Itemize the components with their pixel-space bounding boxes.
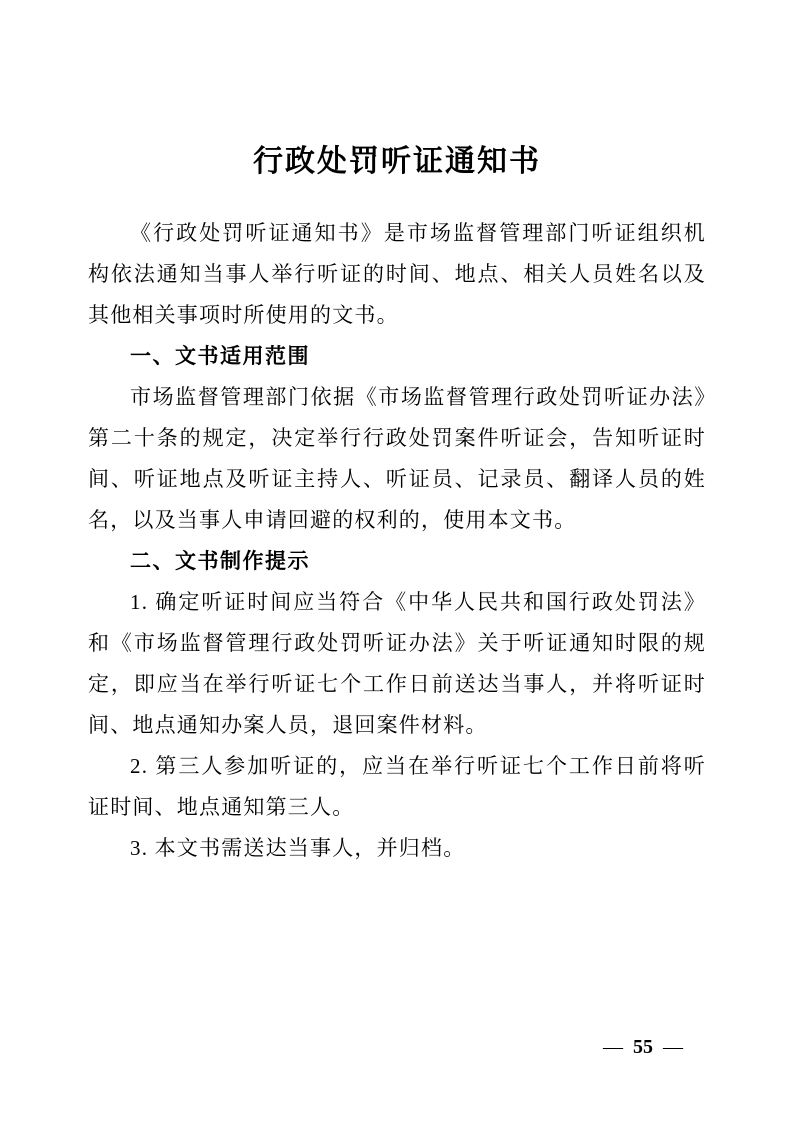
paragraph: 2. 第三人参加听证的，应当在举行听证七个工作日前将听证时间、地点通知第三人。 xyxy=(88,746,706,828)
page-footer: —55— xyxy=(593,1035,693,1059)
document-body: 《行政处罚听证通知书》是市场监督管理部门听证组织机构依法通知当事人举行听证的时间… xyxy=(88,213,706,869)
document-title: 行政处罚听证通知书 xyxy=(88,138,706,186)
page-number: 55 xyxy=(633,1036,653,1058)
document-content: 行政处罚听证通知书 《行政处罚听证通知书》是市场监督管理部门听证组织机构依法通知… xyxy=(88,138,706,869)
paragraph: 3. 本文书需送达当事人，并归档。 xyxy=(88,828,706,869)
paragraph: 《行政处罚听证通知书》是市场监督管理部门听证组织机构依法通知当事人举行听证的时间… xyxy=(88,213,706,336)
paragraph: 市场监督管理部门依据《市场监督管理行政处罚听证办法》第二十条的规定，决定举行行政… xyxy=(88,377,706,541)
footer-left-dash: — xyxy=(603,1035,623,1059)
document-page: 行政处罚听证通知书 《行政处罚听证通知书》是市场监督管理部门听证组织机构依法通知… xyxy=(0,0,793,1122)
section-heading: 一、文书适用范围 xyxy=(88,336,706,377)
paragraph: 1. 确定听证时间应当符合《中华人民共和国行政处罚法》和《市场监督管理行政处罚听… xyxy=(88,582,706,746)
section-heading: 二、文书制作提示 xyxy=(88,541,706,582)
footer-right-dash: — xyxy=(663,1035,683,1059)
